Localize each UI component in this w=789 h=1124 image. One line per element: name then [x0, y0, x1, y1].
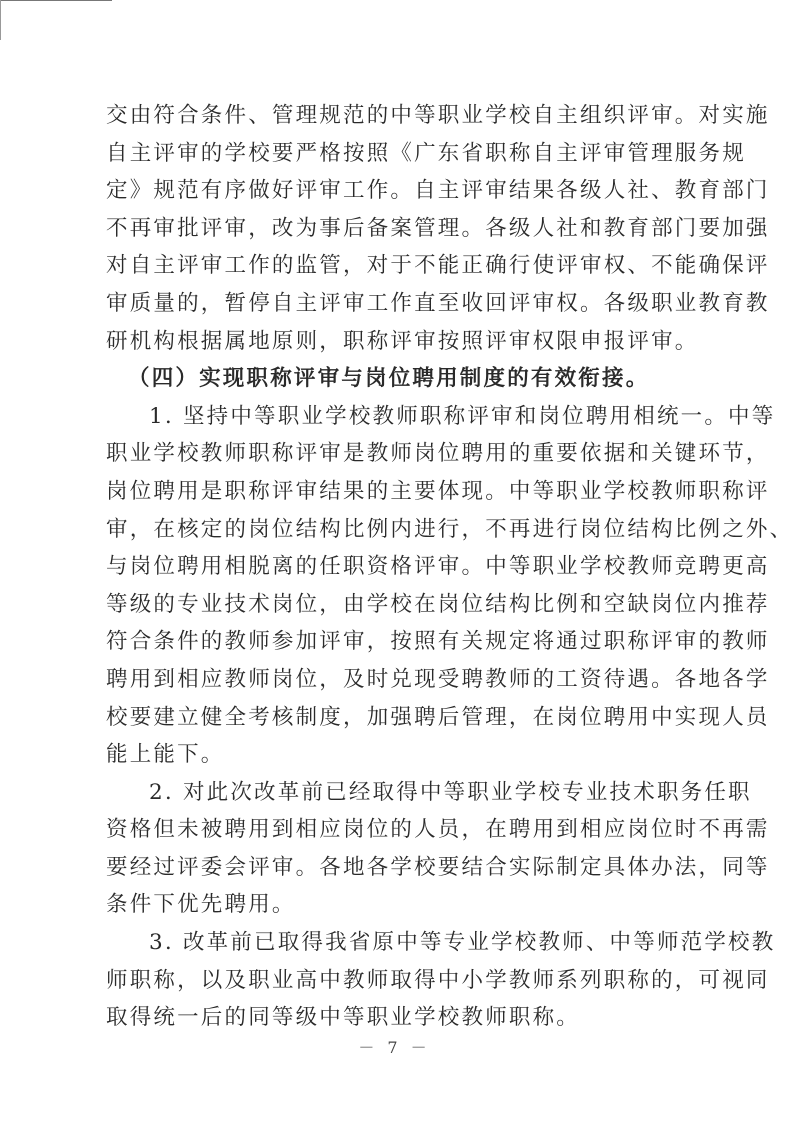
text-line: 要经过评委会评审。各地各学校要结合实际制定具体办法，同等: [106, 849, 684, 887]
text-line: 对自主评审工作的监管，对于不能正确行使评审权、不能确保评: [106, 247, 684, 285]
scan-border-top: [0, 0, 112, 1]
text-line: 2. 对此次改革前已经取得中等职业学校专业技术职务任职: [106, 774, 684, 812]
text-line: 定》规范有序做好评审工作。自主评审结果各级人社、教育部门: [106, 172, 684, 210]
text-line: 审质量的，暂停自主评审工作直至收回评审权。各级职业教育教: [106, 285, 684, 323]
scan-border-left: [0, 0, 1, 40]
document-body: 交由符合条件、管理规范的中等职业学校自主组织评审。对实施 自主评审的学校要严格按…: [106, 97, 684, 1037]
text-line: 审，在核定的岗位结构比例内进行，不再进行岗位结构比例之外、: [106, 511, 684, 549]
text-line: 3. 改革前已取得我省原中等专业学校教师、中等师范学校教: [106, 924, 684, 962]
text-line: 岗位聘用是职称评审结果的主要体现。中等职业学校教师职称评: [106, 473, 684, 511]
text-line: 取得统一后的同等级中等职业学校教师职称。: [106, 999, 684, 1037]
text-line: 职业学校教师职称评审是教师岗位聘用的重要依据和关键环节，: [106, 435, 684, 473]
text-line: 不再审批评审，改为事后备案管理。各级人社和教育部门要加强: [106, 210, 684, 248]
text-line: 符合条件的教师参加评审，按照有关规定将通过职称评审的教师: [106, 623, 684, 661]
text-line: 资格但未被聘用到相应岗位的人员，在聘用到相应岗位时不再需: [106, 811, 684, 849]
text-line: 条件下优先聘用。: [106, 886, 684, 924]
section-heading: （四）实现职称评审与岗位聘用制度的有效衔接。: [106, 360, 684, 398]
text-line: 自主评审的学校要严格按照《广东省职称自主评审管理服务规: [106, 135, 684, 173]
text-line: 校要建立健全考核制度，加强聘后管理，在岗位聘用中实现人员: [106, 699, 684, 737]
text-line: 聘用到相应教师岗位，及时兑现受聘教师的工资待遇。各地各学: [106, 661, 684, 699]
text-line: 与岗位聘用相脱离的任职资格评审。中等职业学校教师竞聘更高: [106, 548, 684, 586]
text-line: 1. 坚持中等职业学校教师职称评审和岗位聘用相统一。中等: [106, 398, 684, 436]
text-line: 交由符合条件、管理规范的中等职业学校自主组织评审。对实施: [106, 97, 684, 135]
text-line: 研机构根据属地原则，职称评审按照评审权限申报评审。: [106, 323, 684, 361]
page-number: － 7 －: [0, 1035, 789, 1058]
text-line: 师职称，以及职业高中教师取得中小学教师系列职称的，可视同: [106, 962, 684, 1000]
text-line: 等级的专业技术岗位，由学校在岗位结构比例和空缺岗位内推荐: [106, 586, 684, 624]
text-line: 能上能下。: [106, 736, 684, 774]
